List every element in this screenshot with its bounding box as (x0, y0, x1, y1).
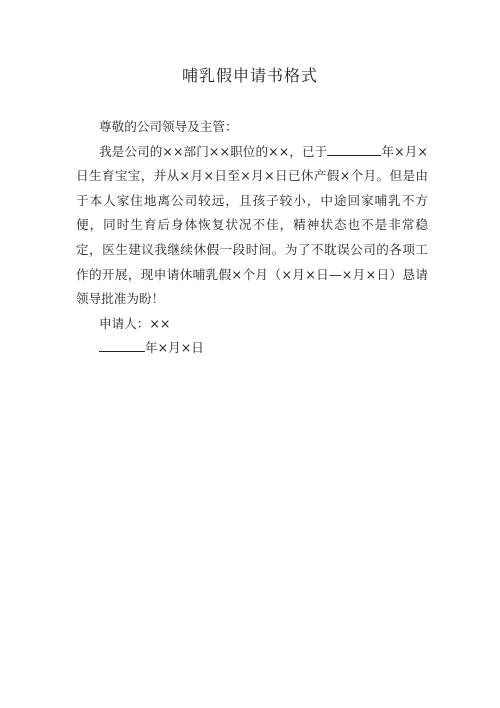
salutation: 尊敬的公司领导及主管： (76, 115, 428, 140)
date-year-blank (99, 339, 145, 352)
letter-body: 尊敬的公司领导及主管： 我是公司的××部门××职位的××，已于年×月×日生育宝宝… (76, 115, 428, 361)
birth-year-blank (327, 143, 381, 156)
date-line: 年×月×日 (76, 336, 428, 361)
main-paragraph: 我是公司的××部门××职位的××，已于年×月×日生育宝宝，并从×月×日至×月×日… (76, 140, 428, 312)
document-title: 哺乳假申请书格式 (0, 63, 500, 86)
applicant-line: 申请人：×× (76, 312, 428, 337)
date-text: 年×月×日 (145, 340, 204, 355)
para-text-rest: 年×月×日生育宝宝，并从×月×日至×月×日已休产假×个月。但是由于本人家住地离公… (76, 144, 428, 307)
para-text-start: 我是公司的××部门××职位的××，已于 (99, 144, 327, 159)
